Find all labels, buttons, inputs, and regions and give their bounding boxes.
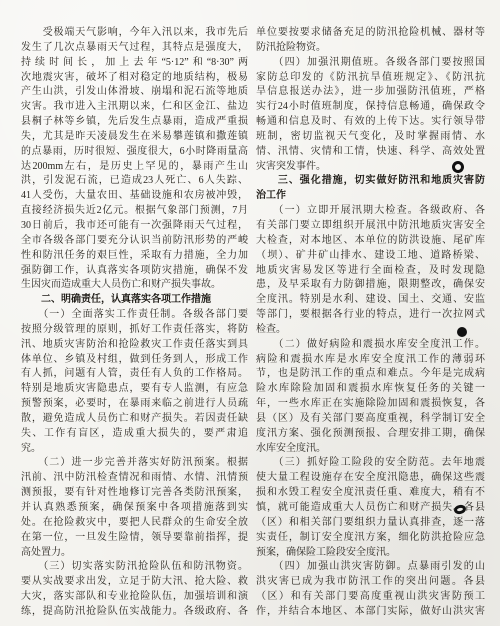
text-line: 实责任，制订安全度汛方案，细化防洪抢险应急 (256, 531, 485, 546)
text-line: （二）进一步完善并落实好防汛预案。根据 (21, 456, 248, 471)
text-line: 汛前、汛中防汛检查情况和雨情、水情、汛情预 (21, 471, 248, 486)
text-line: 产生山洪，引发山体滑坡、崩塌和泥石流等地质 (21, 85, 248, 100)
text-line: 处。在抢险救灾中，要把人民群众的生命安全放 (21, 516, 248, 531)
text-line: 达200mm左右，是历史上罕见的，暴雨产生山 (21, 160, 248, 175)
text-line: 防汛抢险物资。 (256, 41, 485, 56)
text-line: 实行24小时值班制度，保持信息畅通，确保政令 (256, 100, 485, 115)
text-line: 失，尤其是昨天凌晨发生在米易攀莲镇和撒莲镇 (21, 130, 248, 145)
section-heading-line: 治工作 (256, 189, 485, 204)
text-line: 在第一位，一旦发生险情，领导要靠前指挥，提 (21, 531, 248, 546)
text-line: 洪灾害已成为我市防汛工作的突出问题。各县 (256, 575, 485, 590)
text-line: 强防御工作，认真落实各项防灾措施，确保不发 (21, 264, 248, 279)
text-column-left: 受极端天气影响，今年入汛以来，我市先后发生了几次点暴雨天气过程，其特点是强度大，… (21, 26, 248, 620)
text-line: 病险和震损水库是水库安全度汛工作的薄弱环 (256, 353, 485, 368)
text-line: 洪，引发泥石流，已造成23人死亡、6人失踪、 (21, 174, 248, 189)
text-line: 班制，密切监视天气变化，及时掌握雨情、水 (256, 130, 485, 145)
text-line: 生因灾而造成重大人员伤亡和财产损失事故。 (21, 278, 248, 293)
text-line: 有关部门要立即组织开展汛中防汛地质灾害安全 (256, 219, 485, 234)
text-line: 直接经济损失近2亿元。根据气象部门预测，7月 (21, 204, 248, 219)
text-line: 失、工作有盲区，造成重大损失的，要严肃追 (21, 427, 248, 442)
text-line: （坝）、矿井矿山排水、建设工地、道路桥梁、 (256, 249, 485, 264)
text-line: 大检查，对本地区、本单位的防洪设施、尾矿库 (256, 234, 485, 249)
text-line: （区）和相关部门要组织力量认真排查，逐一落 (256, 516, 485, 531)
text-line: 灾害。我市进入主汛期以来，仁和区金江、盐边 (21, 100, 248, 115)
text-line: 作，并结合本地区、本部门实际，做好山洪灾害 (256, 605, 485, 620)
text-line: 30日前后，我市还可能有一次强降雨天气过程， (21, 219, 248, 234)
text-line: 41人受伤，大量农田、基础设施和农房被冲毁， (21, 189, 248, 204)
text-line: 度汛方案、强化预测预报、合理安排工期，确保 (256, 427, 485, 442)
text-line: （一）立即开展汛期大检查。各级政府、各 (256, 204, 485, 219)
text-line: 水库安全度汛。 (256, 442, 485, 457)
text-line: （四）加强山洪灾害防御。点暴雨引发的山 (256, 560, 485, 575)
text-line: 持续时间长，加上去年“5·12”和“8·30”两 (21, 56, 248, 71)
text-line: （一）全面落实工作责任制。各级各部门要 (21, 308, 248, 323)
text-line: 县桐子林等乡镇，先后发生点暴雨，造成严重损 (21, 115, 248, 130)
text-line: 高处置力。 (21, 546, 248, 561)
text-line: （四）加强汛期值班。各级各部门要按照国 (256, 56, 485, 71)
text-line: 县（区）及有关部门要高度重视，科学制订安全 (256, 412, 485, 427)
text-line: （三）切实落实防汛抢险队伍和防汛物资。 (21, 560, 248, 575)
text-line: 汛、地质灾害防治和抢险救灾工作责任落实到具 (21, 338, 248, 353)
text-column-right: 单位要按要求储备充足的防汛抢险机械、器材等防汛抢险物资。 （四）加强汛期值班。各… (256, 26, 485, 620)
text-line: 全市各级各部门要充分认识当前防汛形势的严峻 (21, 234, 248, 249)
text-line: 体单位、乡镇及村组，做到任务到人，形成工作 (21, 353, 248, 368)
text-line: 的点暴雨，历时很短、强度很大，6小时降雨量高 (21, 145, 248, 160)
text-line: 发生了几次点暴雨天气过程，其特点是强度大， (21, 41, 248, 56)
text-line: 畅通和信息及时、有效的上传下达。实行领导带 (256, 115, 485, 130)
text-line: 并认真熟悉预案，确保预案中各项措施落到实 (21, 501, 248, 516)
text-line: 大灾，落实部队和专业抢险队伍，加强培训和演 (21, 590, 248, 605)
text-line: 情、汛情、灾情和工情，快速、科学、高效处置 (256, 145, 485, 160)
text-line: 使大量工程设施存在安全度汛隐患，确保这些震 (256, 471, 485, 486)
text-line: 损和水毁工程安全度汛责任重、难度大，稍有不 (256, 486, 485, 501)
text-line: 次地震灾害，破坏了相对稳定的地质结构，极易 (21, 71, 248, 86)
section-heading-line: 三、强化措施，切实做好防汛和地质灾害防 (256, 174, 485, 189)
document-page: 受极端天气影响，今年入汛以来，我市先后发生了几次点暴雨天气过程，其特点是强度大，… (0, 0, 500, 626)
text-line: 性和防汛任务的艰巨性，采取有力措施，全力加 (21, 249, 248, 264)
text-line: （区）和有关部门要高度重视山洪灾害防预工 (256, 590, 485, 605)
text-line: 年，一些水库正在实施除险加固和震损恢复，各 (256, 397, 485, 412)
text-line: 受极端天气影响，今年入汛以来，我市先后 (21, 26, 248, 41)
text-line: 要从实战要求出发，立足于防大汛、抢大险、救 (21, 575, 248, 590)
text-line: 究。 (21, 442, 248, 457)
text-line: 节，也是防汛工作的重点和难点。今年是完成病 (256, 367, 485, 382)
text-line: 全度汛。特别是水利、建设、国土、交通、安监 (256, 293, 485, 308)
text-line: 练，提高防汛抢险队伍实战能力。各级政府、各 (21, 605, 248, 620)
text-line: 预警预案，必要时，在暴雨来临之前进行人员疏 (21, 397, 248, 412)
text-line: 慎，就可能造成重大人员伤亡和财产损失。各县 (256, 501, 485, 516)
text-line: 有人抓，问题有人管，责任有人负的工作格局。 (21, 367, 248, 382)
text-line: 散，避免造成人员伤亡和财产损失。若因责任缺 (21, 412, 248, 427)
text-line: 地质灾害易发区等进行全面检查，及时发现隐 (256, 264, 485, 279)
text-line: 灾害突发事件。 (256, 160, 485, 175)
section-heading-line: 二、明确责任，认真落实各项工作措施 (21, 293, 248, 308)
text-line: 特别是地质灾害隐患点，要有专人监测，有应急 (21, 382, 248, 397)
text-line: 预案，确保险工险段安全度汛。 (256, 546, 485, 561)
text-line: （三）抓好险工险段的安全防范。去年地震 (256, 456, 485, 471)
text-line: 旱信息报送办法》，进一步加强防汛值班，严格 (256, 85, 485, 100)
scan-dot-mark (457, 327, 467, 337)
text-line: 险水库除险加固和震损水库恢复任务的关键一 (256, 382, 485, 397)
text-line: 等部门，要根据各行业的特点，进行一次拉网式 (256, 308, 485, 323)
text-line: （二）做好病险和震损水库安全度汛工作。 (256, 338, 485, 353)
text-line: 患，及早采取有力防御措施，限期整改，确保安 (256, 278, 485, 293)
text-line: 单位要按要求储备充足的防汛抢险机械、器材等 (256, 26, 485, 41)
text-line: 测预报，要有针对性地修订完善各类防汛预案， (21, 486, 248, 501)
text-line: 按照分级管理的原则，抓好工作责任落实，将防 (21, 323, 248, 338)
text-line: 家防总印发的《防汛抗旱值班规定》、《防汛抗 (256, 71, 485, 86)
text-line: 检查。 (256, 323, 485, 338)
